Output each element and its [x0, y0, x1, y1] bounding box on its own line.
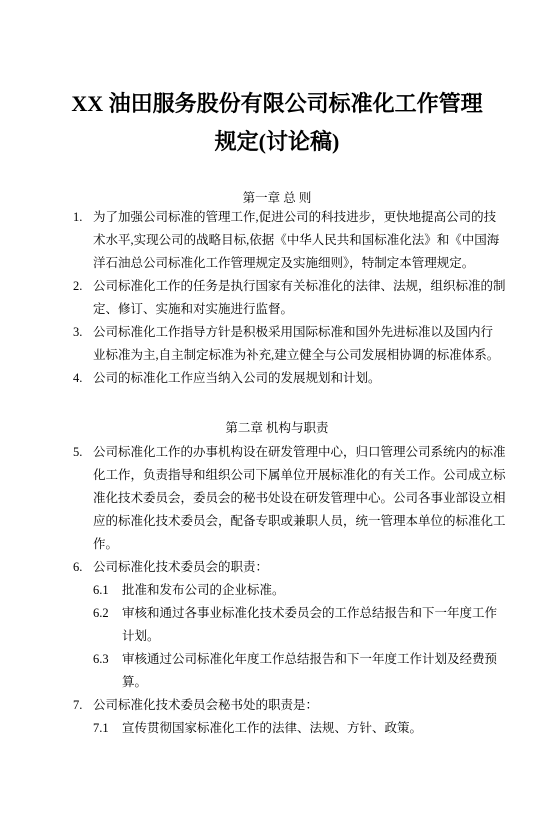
list-item-line: 6.公司标准化技术委员会的职责：: [73, 556, 554, 579]
sub-item-number: 7.1: [93, 717, 122, 740]
list-item-line: 洋石油总公司标准化工作管理规定及实施细则》，特制定本管理规定。: [73, 252, 554, 275]
list-item-line: 2.公司标准化工作的任务是执行国家有关标准化的法律、法规，组织标准的制: [73, 275, 554, 298]
sub-item-number: 6.3: [93, 648, 122, 671]
document-title: XX 油田服务股份有限公司标准化工作管理 规定(讨论稿): [0, 85, 554, 161]
sub-item-line: 计划。: [73, 625, 554, 648]
item-number: 5.: [73, 441, 93, 464]
item-number: 1.: [73, 206, 93, 229]
item-text: 公司标准化工作的办事机构设在研发管理中心，归口管理公司系统内的标准: [93, 445, 506, 459]
item-text: 业标准为主,自主制定标准为补充,建立健全与公司发展相协调的标准体系。: [93, 348, 499, 362]
item-text: 为了加强公司标准的管理工作,促进公司的科技进步，更快地提高公司的技: [93, 210, 496, 224]
sub-item-number: 6.1: [93, 579, 122, 602]
item-text: 批准和发布公司的企业标准。: [122, 583, 285, 597]
item-number: 7.: [73, 694, 93, 717]
document-body: 第一章 总 则1.为了加强公司标准的管理工作,促进公司的科技进步，更快地提高公司…: [0, 187, 554, 740]
item-text: 公司标准化工作的任务是执行国家有关标准化的法律、法规，组织标准的制: [93, 279, 506, 293]
list-item-line: 定、修订、实施和对实施进行监督。: [73, 298, 554, 321]
list-item-line: 1.为了加强公司标准的管理工作,促进公司的科技进步，更快地提高公司的技: [73, 206, 554, 229]
item-text: 化工作，负责指导和组织公司下属单位开展标准化的有关工作。公司成立标: [93, 468, 506, 482]
item-text: 术水平,实现公司的战略目标,依据《中华人民共和国标准化法》和《中国海: [93, 233, 499, 247]
item-text: 作。: [93, 537, 118, 551]
item-text: 公司标准化工作指导方针是积极采用国际标准和国外先进标准以及国内行: [93, 325, 493, 339]
sub-item-line: 算。: [73, 671, 554, 694]
item-text: 应的标准化技术委员会，配备专职或兼职人员，统一管理本单位的标准化工: [93, 514, 506, 528]
document-title-line1: XX 油田服务股份有限公司标准化工作管理: [0, 85, 554, 123]
sub-item-line: 6.2审核和通过各事业标准化技术委员会的工作总结报告和下一年度工作: [73, 602, 554, 625]
item-text: 洋石油总公司标准化工作管理规定及实施细则》，特制定本管理规定。: [93, 256, 474, 270]
item-text: 宣传贯彻国家标准化工作的法律、法规、方针、政策。: [122, 721, 422, 735]
list-item-line: 业标准为主,自主制定标准为补充,建立健全与公司发展相协调的标准体系。: [73, 344, 554, 367]
list-item-line: 4.公司的标准化工作应当纳入公司的发展规划和计划。: [73, 367, 554, 390]
list-item-line: 3.公司标准化工作指导方针是积极采用国际标准和国外先进标准以及国内行: [73, 321, 554, 344]
item-text: 算。: [122, 675, 147, 689]
list-item-line: 应的标准化技术委员会，配备专职或兼职人员，统一管理本单位的标准化工: [73, 510, 554, 533]
item-text: 计划。: [122, 629, 160, 643]
item-number: 4.: [73, 367, 93, 390]
sub-item-line: 6.3审核通过公司标准化年度工作总结报告和下一年度工作计划及经费预: [73, 648, 554, 671]
item-text: 公司标准化技术委员会秘书处的职责是：: [93, 698, 318, 712]
item-text: 准化技术委员会，委员会的秘书处设在研发管理中心。公司各事业部设立相: [93, 491, 506, 505]
sub-item-line: 7.1宣传贯彻国家标准化工作的法律、法规、方针、政策。: [73, 717, 554, 740]
item-text: 公司标准化技术委员会的职责：: [93, 560, 268, 574]
numbered-list: 1.为了加强公司标准的管理工作,促进公司的科技进步，更快地提高公司的技术水平,实…: [0, 206, 554, 390]
list-item-line: 术水平,实现公司的战略目标,依据《中华人民共和国标准化法》和《中国海: [73, 229, 554, 252]
numbered-list: 5.公司标准化工作的办事机构设在研发管理中心，归口管理公司系统内的标准化工作，负…: [0, 441, 554, 740]
item-text: 审核通过公司标准化年度工作总结报告和下一年度工作计划及经费预: [122, 652, 497, 666]
list-item-line: 作。: [73, 533, 554, 556]
sub-item-number: 6.2: [93, 602, 122, 625]
item-number: 6.: [73, 556, 93, 579]
list-item-line: 7.公司标准化技术委员会秘书处的职责是：: [73, 694, 554, 717]
document-title-line2: 规定(讨论稿): [0, 123, 554, 161]
sub-item-line: 6.1批准和发布公司的企业标准。: [73, 579, 554, 602]
item-text: 审核和通过各事业标准化技术委员会的工作总结报告和下一年度工作: [122, 606, 497, 620]
item-number: 3.: [73, 321, 93, 344]
list-item-line: 5.公司标准化工作的办事机构设在研发管理中心，归口管理公司系统内的标准: [73, 441, 554, 464]
chapter-heading: 第二章 机构与职责: [0, 417, 554, 439]
list-item-line: 准化技术委员会，委员会的秘书处设在研发管理中心。公司各事业部设立相: [73, 487, 554, 510]
document-page: XX 油田服务股份有限公司标准化工作管理 规定(讨论稿) 第一章 总 则1.为了…: [0, 0, 554, 820]
list-item-line: 化工作，负责指导和组织公司下属单位开展标准化的有关工作。公司成立标: [73, 464, 554, 487]
item-number: 2.: [73, 275, 93, 298]
item-text: 公司的标准化工作应当纳入公司的发展规划和计划。: [93, 371, 381, 385]
item-text: 定、修订、实施和对实施进行监督。: [93, 302, 293, 316]
